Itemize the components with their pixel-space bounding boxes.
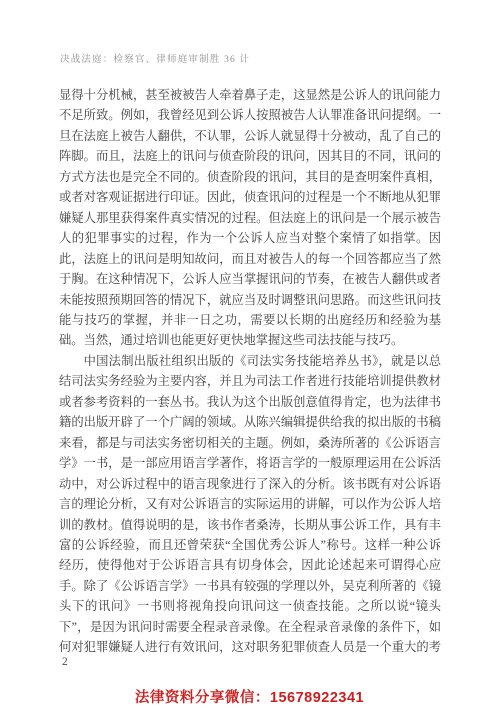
body-text-block: 显得十分机械，甚至被被告人牵着鼻子走，这显然是公诉人的讯问能力不足所致。例如，我… bbox=[59, 85, 441, 658]
page-number: 2 bbox=[62, 656, 68, 668]
running-header-book-title: 决战法庭：检察官、律师庭审制胜 36 计 bbox=[60, 51, 250, 65]
text-line: 此，法庭上的讯问是明知故问，而且对被告人的每一个回答都应当了然 bbox=[59, 249, 441, 269]
text-line: 学》一书，是一部应用语言学著作，将语言学的一般原理运用在公诉活 bbox=[59, 453, 441, 473]
text-line: 手。除了《公诉语言学》一书具有较强的学理以外，吴克利所著的《镜 bbox=[59, 576, 441, 596]
text-line: 下”，是因为讯问时需要全程录音录像。在全程录音录像的条件下，如 bbox=[59, 617, 441, 637]
scanned-book-page: 决战法庭：检察官、律师庭审制胜 36 计 显得十分机械，甚至被被告人牵着鼻子走，… bbox=[0, 0, 499, 711]
text-line: 或者参考资料的一套丛书。我认为这个出版创意值得肯定，也为法律书 bbox=[59, 392, 441, 412]
text-line: 富的公诉经验，而且还曾荣获“全国优秀公诉人”称号。这样一种公诉 bbox=[59, 535, 441, 555]
text-line: 于胸。在这种情况下，公诉人应当掌握讯问的节奏，在被告人翻供或者 bbox=[59, 269, 441, 289]
text-line: 未能按照预期回答的情况下，就应当及时调整讯问思路。而这些讯问技 bbox=[59, 290, 441, 310]
text-line: 显得十分机械，甚至被被告人牵着鼻子走，这显然是公诉人的讯问能力 bbox=[59, 85, 441, 105]
text-line: 中国法制出版社组织出版的《司法实务技能培养丛书》，就是以总 bbox=[59, 351, 441, 371]
text-line: 能与技巧的掌握，并非一日之功，需要以长期的出庭经历和经验为基 bbox=[59, 310, 441, 330]
text-line: 经历，使得他对于公诉语言具有切身体会，因此论述起来可谓得心应 bbox=[59, 555, 441, 575]
promo-footer-text: 法律资料分享微信：15678922341 bbox=[0, 686, 499, 707]
text-line: 言的理论分析，又有对公诉语言的实际运用的讲解，可以作为公诉人培 bbox=[59, 494, 441, 514]
text-line: 籍的出版开辟了一个广阔的领域。从陈兴编辑提供给我的拟出版的书稿 bbox=[59, 412, 441, 432]
text-line: 方式方法也是完全不同的。侦查阶段的讯问，其目的是查明案件真相， bbox=[59, 167, 441, 187]
text-line: 阵脚。而且，法庭上的讯问与侦查阶段的讯问，因其目的不同，讯问的 bbox=[59, 146, 441, 166]
text-line: 动中，对公诉过程中的语言现象进行了深入的分析。该书既有对公诉语 bbox=[59, 474, 441, 494]
text-line: 训的教材。值得说明的是，该书作者桑涛，长期从事公诉工作，具有丰 bbox=[59, 515, 441, 535]
text-line: 旦在法庭上被告人翻供，不认罪，公诉人就显得十分被动，乱了自己的 bbox=[59, 126, 441, 146]
text-line: 或者对客观证据进行印证。因此，侦查讯问的过程是一个不断地从犯罪 bbox=[59, 187, 441, 207]
text-line: 人的犯罪事实的过程，作为一个公诉人应当对整个案情了如指掌。因 bbox=[59, 228, 441, 248]
text-line: 嫌疑人那里获得案件真实情况的过程。但法庭上的讯问是一个展示被告 bbox=[59, 208, 441, 228]
text-line: 来看，都是与司法实务密切相关的主题。例如，桑涛所著的《公诉语言 bbox=[59, 433, 441, 453]
text-line: 础。当然，通过培训也能更好更快地掌握这些司法技能与技巧。 bbox=[59, 330, 441, 350]
text-line: 结司法实务经验为主要内容，并且为司法工作者进行技能培训提供教材 bbox=[59, 371, 441, 391]
text-line: 头下的讯问》一书则将视角投向讯问这一侦查技能。之所以说“镜头 bbox=[59, 596, 441, 616]
text-line: 何对犯罪嫌疑人进行有效讯问，这对职务犯罪侦查人员是一个重大的考 bbox=[59, 637, 441, 657]
text-line: 不足所致。例如，我曾经见到公诉人按照被告人认罪准备讯问提纲。一 bbox=[59, 105, 441, 125]
